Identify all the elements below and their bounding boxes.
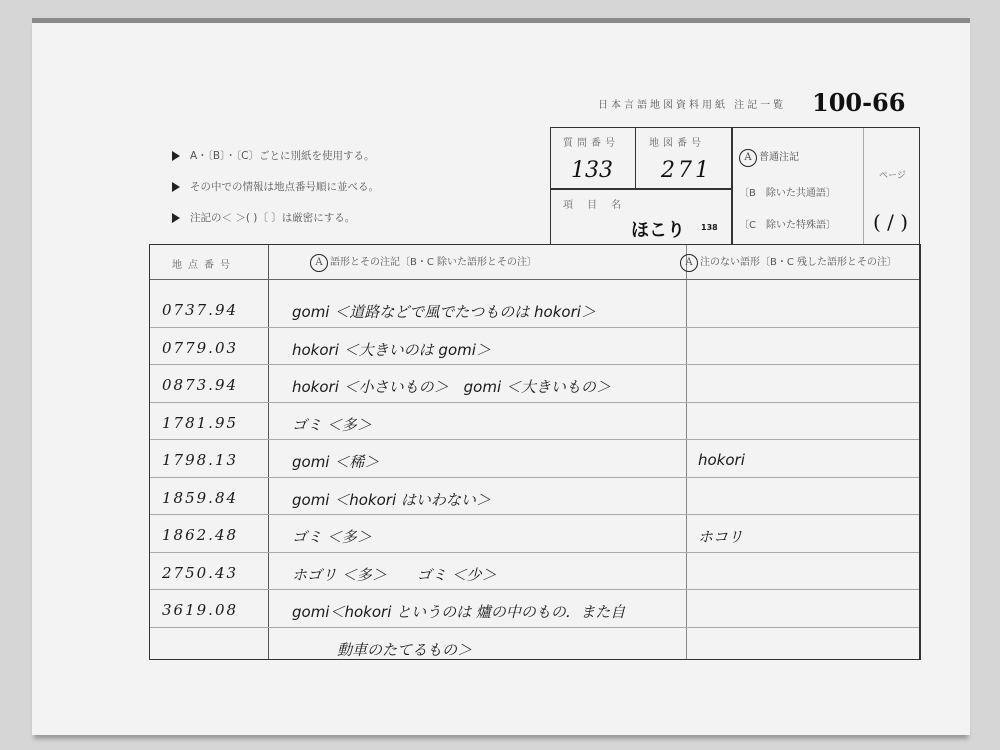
circled-a-mark: A [739, 149, 757, 167]
table-row: 1781.95ゴミ ＜多＞ [150, 408, 919, 445]
form-entry: ゴミ ＜多＞ [292, 526, 372, 547]
map-number-label: 地図番号 [649, 134, 705, 149]
instruction-item: 注記の＜ ＞( )〔 〕は厳密にする。 [172, 210, 379, 241]
header-no-notes: A注のない語形〔B・C 残した語形とその注〕 [680, 253, 897, 272]
form-entry: gomi ＜道路などで風でたつものは hokori＞ [292, 301, 596, 322]
point-number: 0737.94 [162, 301, 238, 319]
triangle-bullet-icon [172, 182, 180, 192]
table-row: 1859.84gomi ＜hokori はいわない＞ [150, 483, 919, 520]
circled-a-mark: A [310, 254, 328, 272]
form-number: 100-66 [812, 88, 905, 117]
table-row: 動車のたてるもの＞ [150, 633, 919, 670]
category-b: 〔B 除いた共通語〕 [739, 184, 836, 199]
instructions: A・〔B〕・〔C〕ごとに別紙を使用する。 その中での情報は地点番号順に並べる。 … [172, 148, 379, 241]
form-entry: hokori ＜大きいのは gomi＞ [292, 339, 491, 360]
page-value: ( / ) [873, 210, 908, 234]
category-a: A普通注記 [739, 148, 799, 167]
other-form-entry: ホコリ [698, 526, 743, 547]
map-number-value: 271 [661, 158, 712, 183]
form-entry: ゴミ ＜多＞ [292, 414, 372, 435]
point-number: 0779.03 [162, 339, 238, 357]
triangle-bullet-icon [172, 151, 180, 161]
point-number: 3619.08 [162, 601, 238, 619]
form-entry: gomi ＜稀＞ [292, 451, 379, 472]
form-entry: ホゴリ ＜多＞ ゴミ ＜少＞ [292, 564, 497, 585]
header-point-number: 地点番号 [172, 256, 236, 271]
table-row: 0873.94hokori ＜小さいもの＞ gomi ＜大きいもの＞ [150, 370, 919, 407]
item-name-code: 138 [701, 223, 718, 232]
form-entry: gomi ＜hokori はいわない＞ [292, 489, 491, 510]
table-row: 1798.13gomi ＜稀＞hokori [150, 445, 919, 482]
form-entry: hokori ＜小さいもの＞ gomi ＜大きいもの＞ [292, 376, 611, 397]
header-form-notes: A語形とその注記〔B・C 除いた語形とその注〕 [310, 253, 537, 272]
question-number-label: 質問番号 [563, 134, 619, 149]
instruction-item: A・〔B〕・〔C〕ごとに別紙を使用する。 [172, 148, 379, 179]
point-number: 1859.84 [162, 489, 238, 507]
triangle-bullet-icon [172, 213, 180, 223]
form-header: 日本言語地図資料用紙 注記一覧 [598, 96, 786, 111]
point-number: 1798.13 [162, 451, 238, 469]
item-name-label: 項目名 [563, 196, 635, 211]
instruction-item: その中での情報は地点番号順に並べる。 [172, 179, 379, 210]
other-form-entry: hokori [698, 451, 745, 469]
point-number: 1862.48 [162, 526, 238, 544]
info-box: 質問番号 133 地図番号 271 項目名 ほこり 138 A普通注記 〔B 除… [550, 127, 920, 245]
entries-table: 地点番号 A語形とその注記〔B・C 除いた語形とその注〕 A注のない語形〔B・C… [149, 244, 921, 660]
point-number: 1781.95 [162, 414, 238, 432]
category-c: 〔C 除いた特殊語〕 [739, 216, 836, 231]
table-row: 3619.08gomi＜hokori というのは 爐の中のもの．また自 [150, 595, 919, 632]
table-row: 2750.43ホゴリ ＜多＞ ゴミ ＜少＞ [150, 558, 919, 595]
table-row: 0737.94gomi ＜道路などで風でたつものは hokori＞ [150, 295, 919, 332]
form-entry: 動車のたてるもの＞ [292, 639, 472, 660]
circled-a-mark: A [680, 254, 698, 272]
item-name-value: ほこり [631, 216, 685, 242]
form-entry: gomi＜hokori というのは 爐の中のもの．また自 [292, 601, 625, 622]
question-number-value: 133 [571, 158, 613, 183]
table-row: 0779.03hokori ＜大きいのは gomi＞ [150, 333, 919, 370]
point-number: 0873.94 [162, 376, 238, 394]
table-row: 1862.48ゴミ ＜多＞ホコリ [150, 520, 919, 557]
point-number: 2750.43 [162, 564, 238, 582]
page-label: ページ [879, 168, 906, 181]
